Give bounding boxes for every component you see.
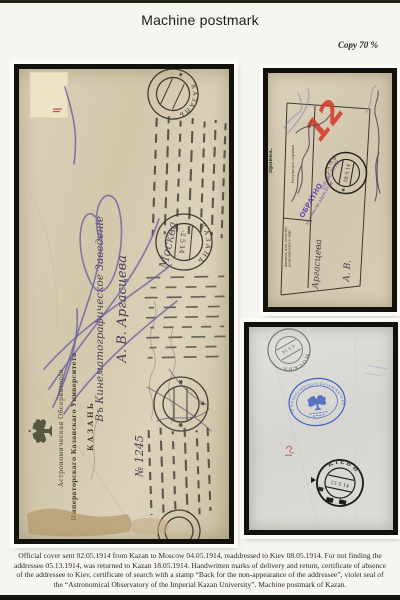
form-row-label-line2: разыскиваемаго лица: [288, 230, 292, 267]
search-certificate-markings: правка. Результатъ справки Фамилія, имя,…: [268, 73, 392, 307]
search-certificate-photo: правка. Результатъ справки Фамилія, имя,…: [263, 68, 397, 312]
postmark-city-text: МОСКВА: [280, 351, 314, 377]
form-column-label: Результатъ справки: [291, 144, 295, 183]
machine-cancellation-lines-top: [153, 116, 226, 238]
postmark-star: ✱: [177, 423, 184, 428]
search-certificate-cover: правка. Результатъ справки Фамилія, имя,…: [268, 73, 392, 307]
handwritten-number-note: № 1245: [133, 435, 146, 478]
addressee-surname: Аргасцева: [311, 239, 325, 290]
form-row-label: Фамилія, имя, отчество разыскиваемаго ли…: [284, 226, 292, 267]
sender-line1: Астрономическая Обсерваторія: [58, 369, 65, 487]
form-edge-label: правка.: [268, 148, 274, 173]
observatory-seal-icon: ОБСЕРВАТОРІЯ ИМПЕРАТОРСКАГО КАЗАНСКАГО У…: [286, 375, 348, 429]
postmark-city-text: КІЕВЪ: [325, 455, 362, 475]
addressee-initials: А. В.: [342, 259, 354, 283]
copy-percentage-note: Copy 70 %: [338, 40, 378, 50]
reverse-cover-markings: МОСКВА 4 5 14 ОБСЕРВАТОРІЯ ИМПЕРАТОРСКАГ…: [249, 327, 393, 530]
main-cover-photo: КАЗАНЬ ✱ КАЗАНЬ: [14, 64, 234, 544]
svg-text:МОСКВА: МОСКВА: [280, 351, 314, 377]
page-top-edge: [0, 0, 400, 3]
main-cover-markings: КАЗАНЬ ✱ КАЗАНЬ: [19, 69, 229, 539]
postmark-star: ✱: [341, 187, 348, 192]
page-title: Machine postmark: [0, 12, 400, 28]
seal-eagle-emblem: [307, 394, 327, 411]
svg-text:КАЗАНЬ: КАЗАНЬ: [175, 81, 204, 122]
main-cover-envelope: КАЗАНЬ ✱ КАЗАНЬ: [19, 69, 229, 539]
postmark-date-text: -2 5 14: [177, 230, 187, 254]
faint-blue-streak: [367, 365, 387, 369]
postmark-arrow-mark: [311, 477, 316, 483]
page-bottom-edge: [0, 595, 400, 600]
archival-sticker: [30, 72, 68, 118]
exhibit-caption: Official cover sent 02.05.1914 from Kaza…: [11, 551, 389, 590]
imperial-eagle-icon: [28, 419, 52, 443]
machine-cancellation-lines-bottom: [149, 426, 211, 516]
postmark-city-text: КАЗАНЬ: [175, 81, 204, 122]
stain: [27, 508, 169, 536]
moscow-postmark-icon: МОСКВА 4 5 14: [260, 327, 318, 379]
sender-line2: Императорскаго Казанскаго Университета: [71, 353, 78, 521]
reverse-cover-photo: МОСКВА 4 5 14 ОБСЕРВАТОРІЯ ИМПЕРАТОРСКАГ…: [244, 322, 398, 535]
red-pencil-mark: [285, 446, 294, 456]
svg-text:КІЕВЪ: КІЕВЪ: [325, 455, 362, 475]
observatory-corner-card: Астрономическая Обсерваторія Императорск…: [28, 353, 95, 521]
postmark-date-text: 4 5 14: [281, 343, 296, 354]
postmark-star: ✱: [176, 71, 183, 77]
faint-blue-streak: [365, 373, 383, 376]
reverse-cover-envelope: МОСКВА 4 5 14 ОБСЕРВАТОРІЯ ИМПЕРАТОРСКАГ…: [249, 327, 393, 530]
kazan-postmark-top-icon: КАЗАНЬ ✱: [140, 69, 207, 127]
